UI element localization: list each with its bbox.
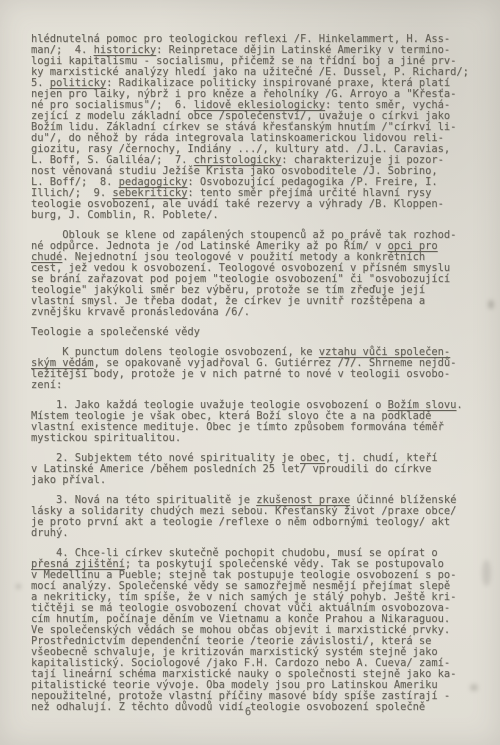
text-line: Teologie a společenské vědy — [31, 327, 483, 338]
text-line: zení: — [31, 380, 483, 391]
section-heading: Teologie a společenské vědy — [31, 327, 483, 338]
paragraph: 3. Nová na této spiritualitě je zkušenos… — [31, 495, 483, 539]
text-line: ležitější body, protože je v nich patrné… — [31, 369, 483, 380]
scan-smudge — [16, 584, 21, 589]
paragraph: 4. Chce-li církev skutečně pochopit chud… — [31, 548, 483, 713]
paragraph: 1. Jako každá teologie uvažuje teologie … — [31, 400, 483, 444]
paragraph: K punctum dolens teologie osvobození, ke… — [31, 347, 483, 391]
paragraph: 2. Subjektem této nové spirituality je o… — [31, 453, 483, 486]
text-line: zvnějšku krvavě pronásledována /6/. — [31, 307, 483, 318]
text-line: burg, J. Comblin, R. Poblete/. — [31, 210, 483, 221]
text-line: mystickou spiritualitou. — [31, 433, 483, 444]
paragraph: hlédnutelná pomoc pro teologickou reflex… — [31, 34, 483, 221]
page-number: 6 — [31, 706, 465, 718]
scan-smudge — [482, 560, 491, 586]
scan-smudge — [488, 300, 494, 309]
text-line: je proto první akt a teologie /reflexe o… — [31, 517, 483, 528]
document-body: hlédnutelná pomoc pro teologickou reflex… — [31, 34, 483, 722]
text-line: jako příval. — [31, 475, 483, 486]
paragraph: Oblouk se klene od zapálených stoupenců … — [31, 230, 483, 318]
text-line: druhý. — [31, 528, 483, 539]
scanned-page: hlédnutelná pomoc pro teologickou reflex… — [0, 0, 500, 745]
